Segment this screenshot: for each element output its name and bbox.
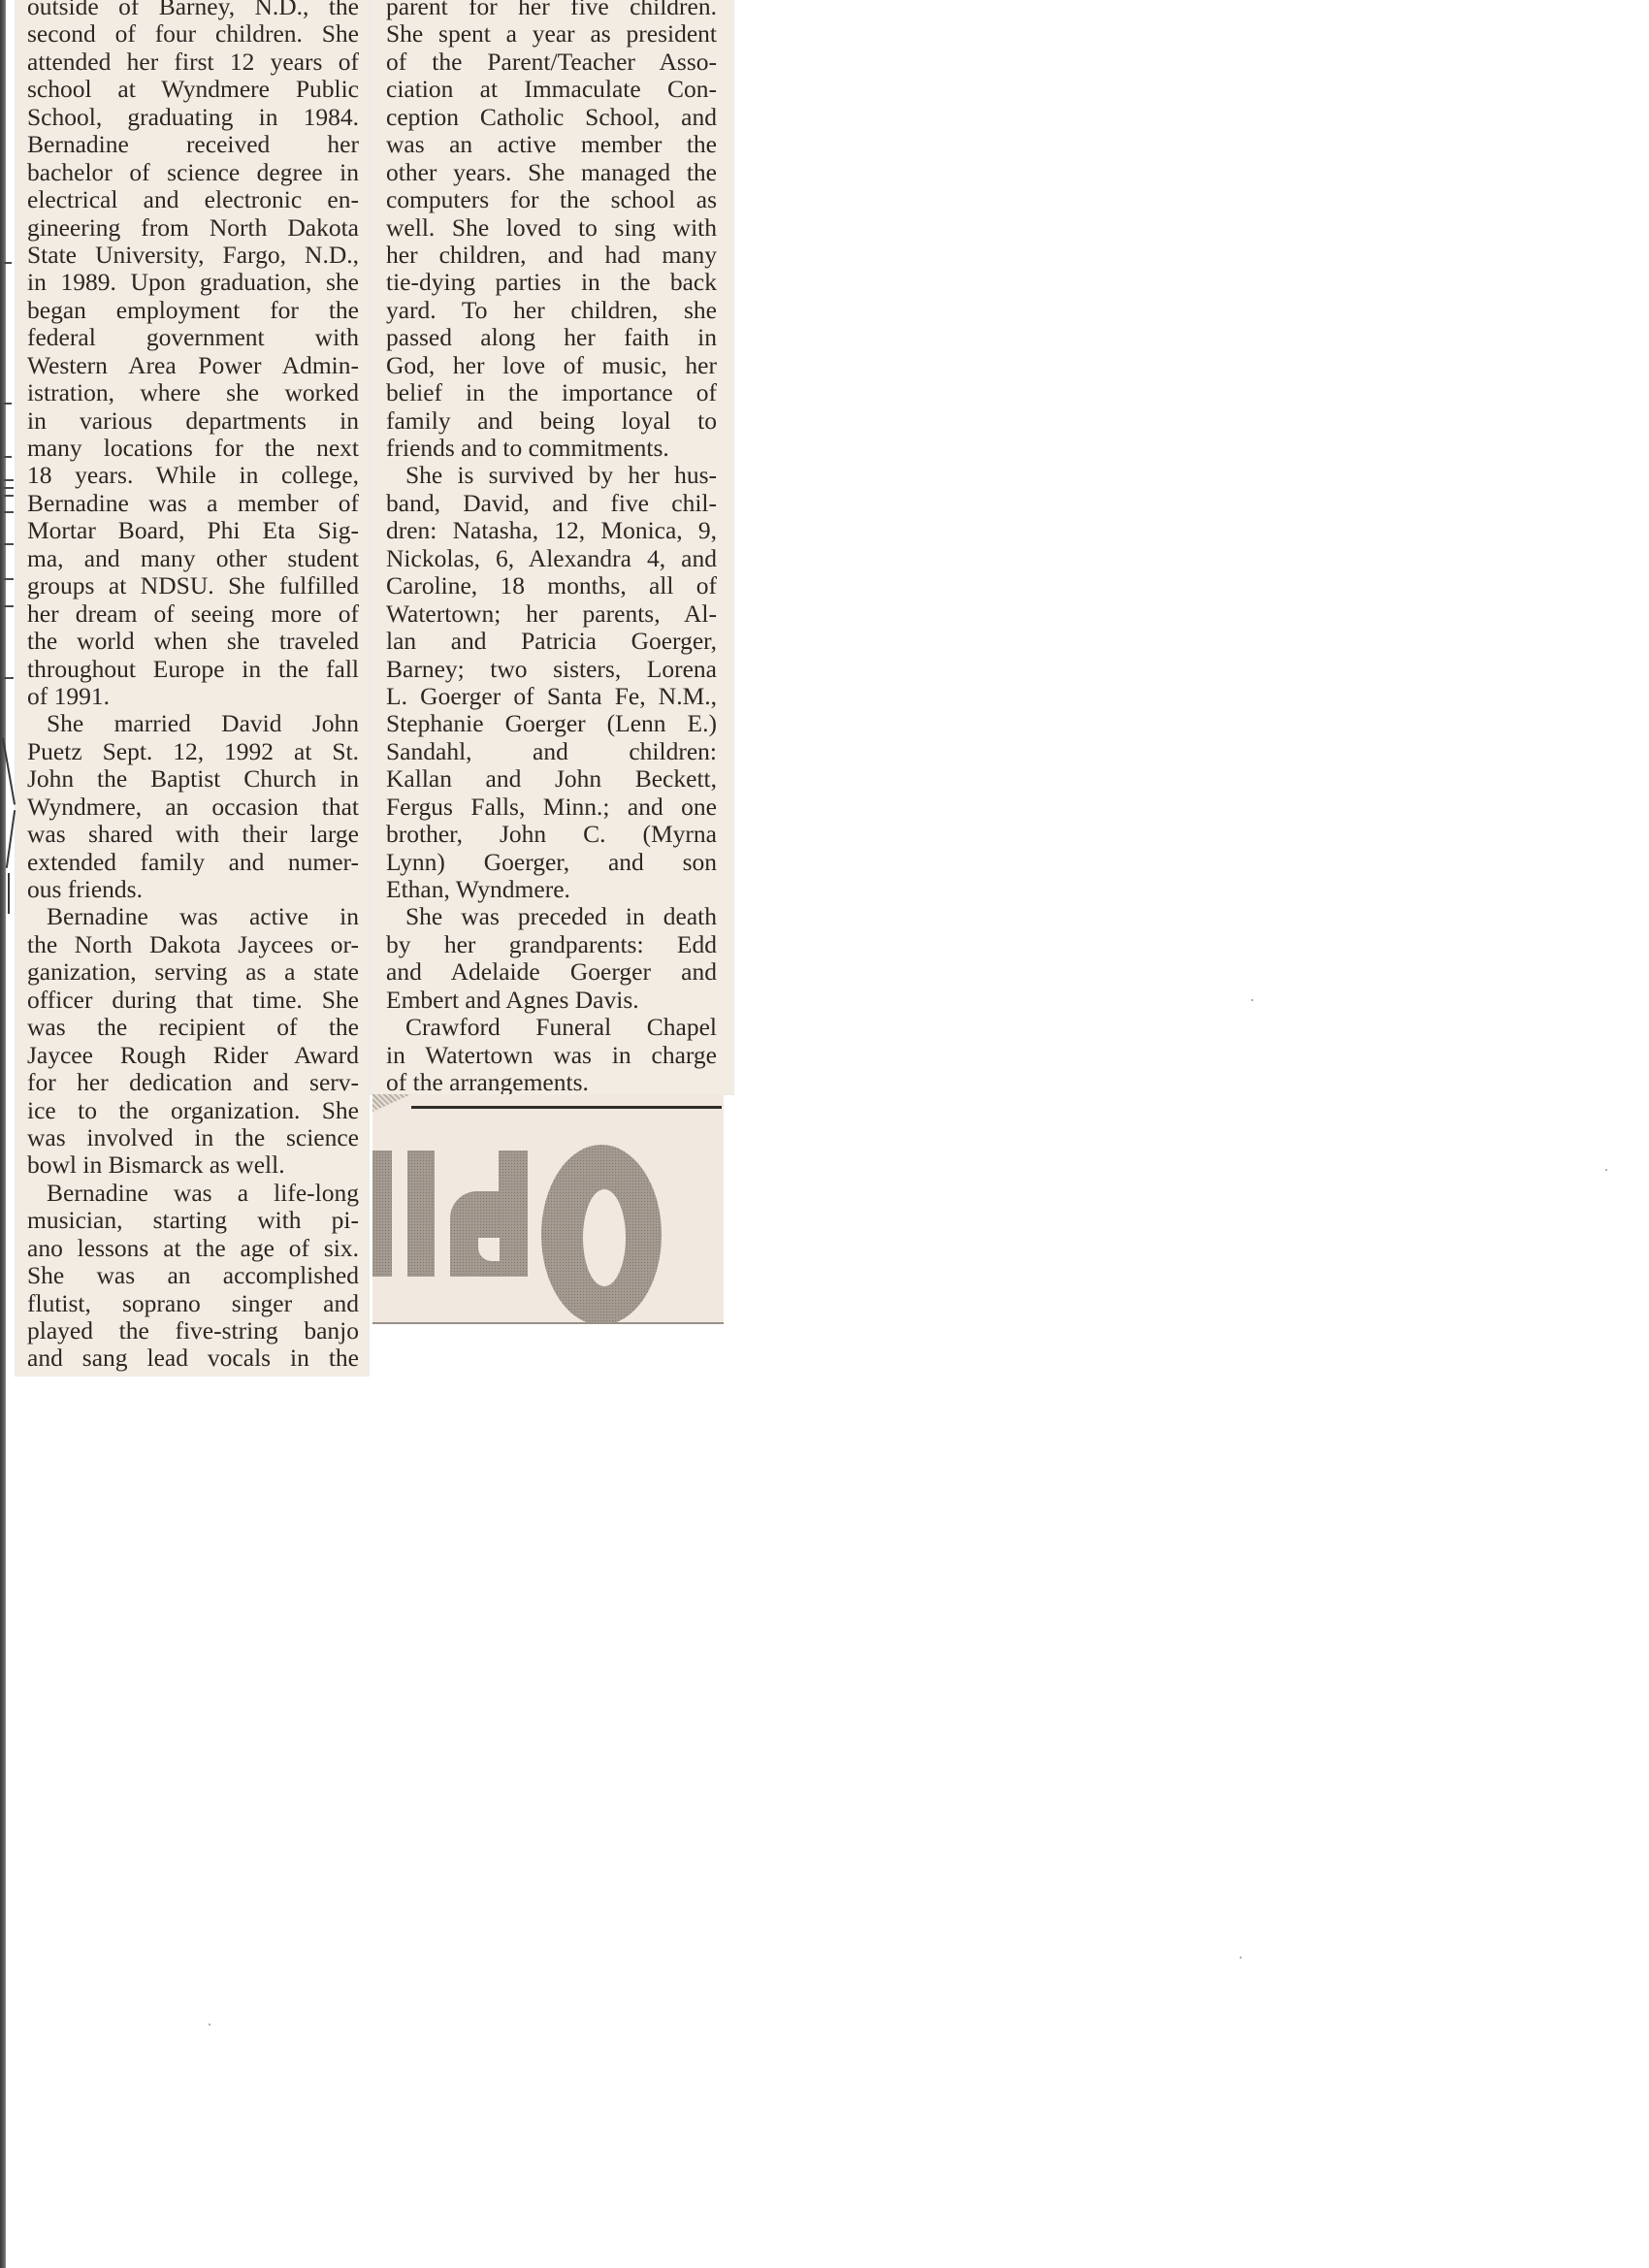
text-line: in 1989. Upon graduation, she bbox=[27, 269, 359, 296]
margin-tick bbox=[4, 605, 14, 607]
text-line: was an active member the bbox=[386, 131, 717, 158]
glyph-i-stem bbox=[372, 1150, 392, 1277]
scanner-edge-bar bbox=[0, 0, 6, 2268]
text-line: ception Catholic School, and bbox=[386, 104, 717, 131]
text-line: Watertown; her parents, Al- bbox=[386, 600, 717, 628]
header-rule bbox=[411, 1106, 722, 1109]
text-line: Jaycee Rough Rider Award bbox=[27, 1042, 359, 1069]
text-line: Bernadine was a life-long bbox=[27, 1180, 359, 1207]
text-line: Lynn) Goerger, and son bbox=[386, 849, 717, 876]
text-line: Caroline, 18 months, all of bbox=[386, 572, 717, 599]
text-line: istration, where she worked bbox=[27, 379, 359, 406]
text-line: other years. She managed the bbox=[386, 159, 717, 186]
text-line: brother, John C. (Myrna bbox=[386, 821, 717, 848]
text-line: for her dedication and serv- bbox=[27, 1069, 359, 1096]
text-line: L. Goerger of Santa Fe, N.M., bbox=[386, 683, 717, 710]
margin-tick bbox=[4, 677, 14, 679]
text-line: She married David John bbox=[27, 710, 359, 737]
text-line: Wyndmere, an occasion that bbox=[27, 794, 359, 821]
text-line: She was preceded in death bbox=[386, 903, 717, 930]
text-line: Sandahl, and children: bbox=[386, 738, 717, 765]
text-line: officer during that time. She bbox=[27, 987, 359, 1014]
margin-tick bbox=[4, 456, 12, 458]
text-line: electrical and electronic en- bbox=[27, 186, 359, 213]
text-line: of 1991. bbox=[27, 683, 359, 710]
text-line: bowl in Bismarck as well. bbox=[27, 1151, 359, 1179]
text-line: groups at NDSU. She fulfilled bbox=[27, 572, 359, 599]
text-line: federal government with bbox=[27, 324, 359, 351]
text-line: was the recipient of the bbox=[27, 1014, 359, 1041]
text-line: ice to the organization. She bbox=[27, 1097, 359, 1124]
text-line: Bernadine was active in bbox=[27, 903, 359, 930]
text-line: 18 years. While in college, bbox=[27, 462, 359, 489]
text-line: She was an accomplished bbox=[27, 1262, 359, 1289]
text-line: of the arrangements. bbox=[386, 1069, 717, 1096]
text-line: Barney; two sisters, Lorena bbox=[386, 656, 717, 683]
text-line: ganization, serving as a state bbox=[27, 958, 359, 986]
text-line: was shared with their large bbox=[27, 821, 359, 848]
text-line: passed along her faith in bbox=[386, 324, 717, 351]
text-line: extended family and numer- bbox=[27, 849, 359, 876]
text-line: family and being loyal to bbox=[386, 407, 717, 435]
text-line: by her grandparents: Edd bbox=[386, 931, 717, 958]
text-line: many locations for the next bbox=[27, 435, 359, 462]
torn-edge-wedge bbox=[372, 1094, 411, 1112]
margin-tick bbox=[4, 495, 14, 497]
text-line: ma, and many other student bbox=[27, 545, 359, 572]
text-line: the world when she traveled bbox=[27, 628, 359, 655]
text-line: ous friends. bbox=[27, 876, 359, 903]
text-line: tie-dying parties in the back bbox=[386, 269, 717, 296]
text-line: Bernadine received her bbox=[27, 131, 359, 158]
glyph-p-stem bbox=[499, 1150, 528, 1277]
margin-tick bbox=[4, 403, 12, 405]
text-line: musician, starting with pi- bbox=[27, 1207, 359, 1234]
text-line: Kallan and John Beckett, bbox=[386, 765, 717, 793]
text-line: began employment for the bbox=[27, 297, 359, 324]
text-line: second of four children. She bbox=[27, 20, 359, 48]
text-line: State University, Fargo, N.D., bbox=[27, 242, 359, 269]
obituary-column-1: outside of Barney, N.D., the second of f… bbox=[27, 0, 359, 1373]
margin-tick bbox=[4, 543, 14, 545]
text-line: lan and Patricia Goerger, bbox=[386, 628, 717, 655]
text-line: well. She loved to sing with bbox=[386, 214, 717, 242]
text-line: dren: Natasha, 12, Monica, 9, bbox=[386, 517, 717, 544]
text-line: School, graduating in 1984. bbox=[27, 104, 359, 131]
text-line: Embert and Agnes Davis. bbox=[386, 987, 717, 1014]
text-line: Western Area Power Admin- bbox=[27, 352, 359, 379]
margin-tick bbox=[4, 578, 14, 580]
obituary-column-2: parent for her five children. She spent … bbox=[386, 0, 717, 1097]
text-line: gineering from North Dakota bbox=[27, 214, 359, 242]
text-line: flutist, soprano singer and bbox=[27, 1290, 359, 1317]
text-line: computers for the school as bbox=[386, 186, 717, 213]
scan-speck bbox=[1605, 1169, 1607, 1171]
glyph-o-counter bbox=[583, 1189, 626, 1286]
text-line: ciation at Immaculate Con- bbox=[386, 76, 717, 103]
text-line: her children, and had many bbox=[386, 242, 717, 269]
text-line: was involved in the science bbox=[27, 1124, 359, 1151]
text-line: Bernadine was a member of bbox=[27, 490, 359, 517]
text-line: Ethan, Wyndmere. bbox=[386, 876, 717, 903]
text-line: Mortar Board, Phi Eta Sig- bbox=[27, 517, 359, 544]
text-line: ano lessons at the age of six. bbox=[27, 1235, 359, 1262]
text-line: God, her love of music, her bbox=[386, 352, 717, 379]
section-header-fragment bbox=[372, 1094, 724, 1324]
text-line: Nickolas, 6, Alexandra 4, and bbox=[386, 545, 717, 572]
text-line: in various departments in bbox=[27, 407, 359, 435]
text-line: friends and to commitments. bbox=[386, 435, 717, 462]
text-line: school at Wyndmere Public bbox=[27, 76, 359, 103]
text-line: She spent a year as president bbox=[386, 20, 717, 48]
text-line: She is survived by her hus- bbox=[386, 462, 717, 489]
margin-tick bbox=[4, 479, 14, 481]
scan-speck bbox=[1251, 999, 1253, 1001]
text-line: Crawford Funeral Chapel bbox=[386, 1014, 717, 1041]
text-line: yard. To her children, she bbox=[386, 297, 717, 324]
margin-tick bbox=[4, 262, 12, 264]
pen-stroke bbox=[6, 810, 16, 868]
scan-speck bbox=[209, 2024, 210, 2025]
clipping-bottom-edge bbox=[372, 1322, 724, 1324]
text-line: Puetz Sept. 12, 1992 at St. bbox=[27, 738, 359, 765]
margin-tick bbox=[4, 487, 14, 489]
text-line: and sang lead vocals in the bbox=[27, 1345, 359, 1372]
text-line: Fergus Falls, Minn.; and one bbox=[386, 794, 717, 821]
text-line: attended her first 12 years of bbox=[27, 49, 359, 76]
text-line: her dream of seeing more of bbox=[27, 600, 359, 628]
text-line: in Watertown was in charge bbox=[386, 1042, 717, 1069]
text-line: played the five-string banjo bbox=[27, 1317, 359, 1345]
scan-speck bbox=[1240, 1957, 1242, 1959]
text-line: John the Baptist Church in bbox=[27, 765, 359, 793]
pen-stroke bbox=[8, 873, 10, 914]
text-line: belief in the importance of bbox=[386, 379, 717, 406]
text-line: and Adelaide Goerger and bbox=[386, 958, 717, 986]
text-line: parent for her five children. bbox=[386, 0, 717, 20]
glyph-l-stem bbox=[407, 1150, 435, 1277]
margin-tick bbox=[4, 511, 14, 513]
text-line: the North Dakota Jaycees or- bbox=[27, 931, 359, 958]
text-line: throughout Europe in the fall bbox=[27, 656, 359, 683]
text-line: outside of Barney, N.D., the bbox=[27, 0, 359, 20]
text-line: Stephanie Goerger (Lenn E.) bbox=[386, 710, 717, 737]
text-line: band, David, and five chil- bbox=[386, 490, 717, 517]
text-line: of the Parent/Teacher Asso- bbox=[386, 49, 717, 76]
text-line: bachelor of science degree in bbox=[27, 159, 359, 186]
